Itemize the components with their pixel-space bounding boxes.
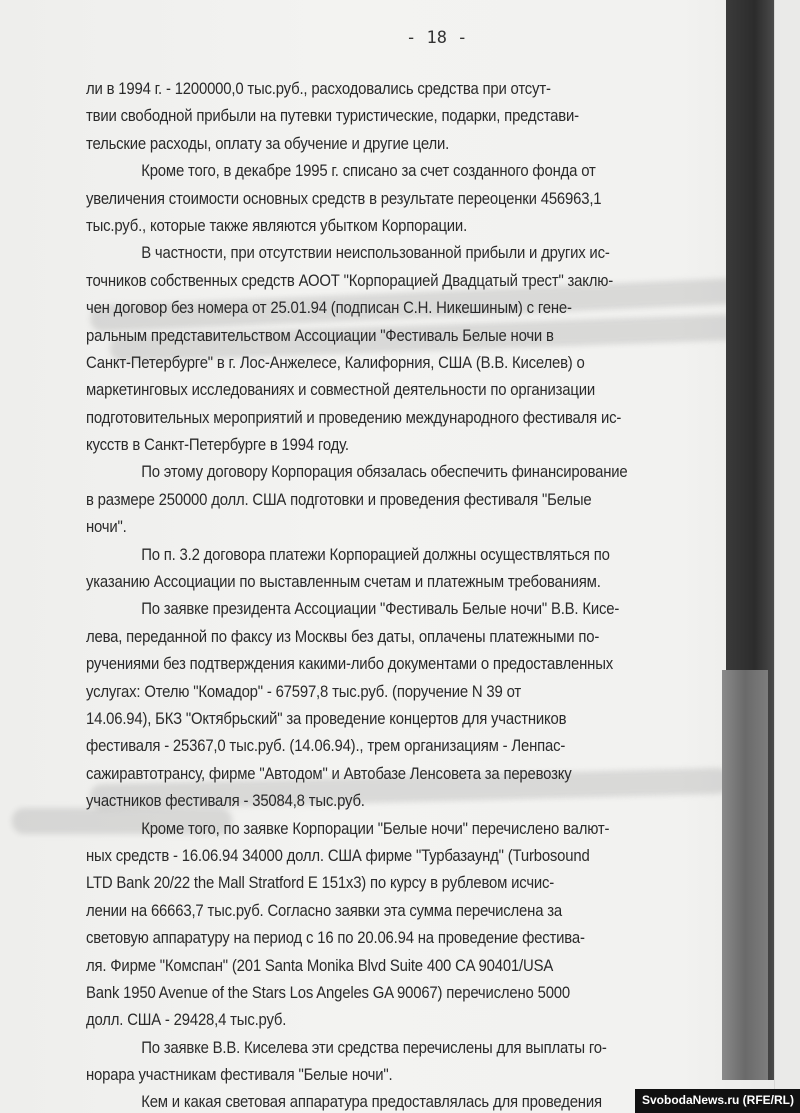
text-line: указанию Ассоциации по выставленным счет… (86, 569, 726, 596)
text-line: 14.06.94), БКЗ "Октябрьский" за проведен… (86, 706, 726, 733)
scan-edge-shadow-lower (722, 670, 768, 1080)
text-line: норара участникам фестиваля "Белые ночи"… (86, 1062, 726, 1089)
text-line: По п. 3.2 договора платежи Корпорацией д… (86, 542, 726, 569)
text-line: LTD Bank 20/22 the Mall Stratford E 151x… (86, 870, 726, 897)
text-line: в размере 250000 долл. США подготовки и … (86, 487, 726, 514)
text-line: кусств в Санкт-Петербурге в 1994 году. (86, 432, 726, 459)
text-line: ральным представительством Ассоциации "Ф… (86, 323, 726, 350)
text-line: участников фестиваля - 35084,8 тыс.руб. (86, 788, 726, 815)
text-line: ночи". (86, 514, 726, 541)
document-body: ли в 1994 г. - 1200000,0 тыс.руб., расхо… (86, 76, 726, 1113)
text-line: Санкт-Петербурге" в г. Лос-Анжелесе, Кал… (86, 350, 726, 377)
text-line: твии свободной прибыли на путевки турист… (86, 103, 726, 130)
text-line: По этому договору Корпорация обязалась о… (86, 459, 726, 486)
text-line: маркетинговых исследованиях и совместной… (86, 377, 726, 404)
text-line: В частности, при отсутствии неиспользова… (86, 240, 726, 267)
text-line: ля. Фирме "Комспан" (201 Santa Monika Bl… (86, 953, 726, 980)
text-line: услугах: Отелю "Комадор" - 67597,8 тыс.р… (86, 679, 726, 706)
text-line: долл. США - 29428,4 тыс.руб. (86, 1007, 726, 1034)
text-line: чен договор без номера от 25.01.94 (подп… (86, 295, 726, 322)
scanned-page: - 18 - ли в 1994 г. - 1200000,0 тыс.руб.… (0, 0, 800, 1113)
text-line: лева, переданной по факсу из Москвы без … (86, 624, 726, 651)
text-line: Кроме того, в декабре 1995 г. списано за… (86, 158, 726, 185)
scan-edge-margin (774, 0, 800, 1113)
text-line: подготовительных мероприятий и проведени… (86, 405, 726, 432)
text-line: тельские расходы, оплату за обучение и д… (86, 131, 726, 158)
text-line: фестиваля - 25367,0 тыс.руб. (14.06.94).… (86, 733, 726, 760)
text-line: По заявке президента Ассоциации "Фестива… (86, 596, 726, 623)
text-line: точников собственных средств АООТ "Корпо… (86, 268, 726, 295)
text-line: ных средств - 16.06.94 34000 долл. США ф… (86, 843, 726, 870)
text-line: По заявке В.В. Киселева эти средства пер… (86, 1035, 726, 1062)
text-line: Кроме того, по заявке Корпорации "Белые … (86, 816, 726, 843)
text-line: лении на 66663,7 тыс.руб. Согласно заявк… (86, 898, 726, 925)
watermark: SvobodaNews.ru (RFE/RL) (635, 1089, 800, 1113)
text-line: тыс.руб., которые также являются убытком… (86, 213, 726, 240)
text-line: Кем и какая световая аппаратура предоста… (86, 1089, 726, 1113)
text-line: световую аппаратуру на период с 16 по 20… (86, 925, 726, 952)
text-line: Bank 1950 Avenue of the Stars Los Angele… (86, 980, 726, 1007)
text-line: сажиравтотрансу, фирме "Автодом" и Автоб… (86, 761, 726, 788)
page-number: - 18 - (0, 28, 800, 48)
text-line: увеличения стоимости основных средств в … (86, 186, 726, 213)
text-line: ручениями без подтверждения какими-либо … (86, 651, 726, 678)
text-line: ли в 1994 г. - 1200000,0 тыс.руб., расхо… (86, 76, 726, 103)
